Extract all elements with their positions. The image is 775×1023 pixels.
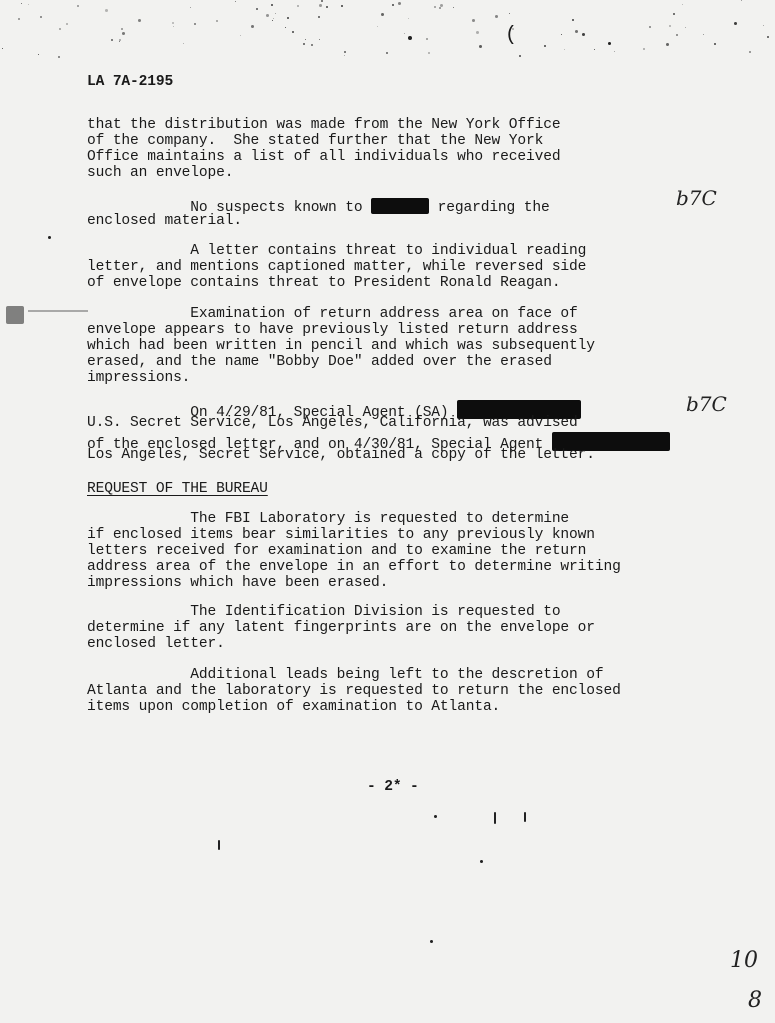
scan-speck [297,5,299,7]
scan-speck [121,28,123,30]
scan-speck [714,43,716,45]
paragraph-4-line-5: impressions. [87,371,190,387]
paragraph-4-line-3: which had been written in pencil and whi… [87,339,595,355]
scan-speck [561,34,562,35]
request-1-line-2: if enclosed items bear similarities to a… [87,528,595,544]
scan-speck [453,7,454,8]
paragraph-5-line-2: U.S. Secret Service, Los Angeles, Califo… [87,416,578,432]
request-1-line-4: address area of the envelope in an effor… [87,560,621,576]
margin-annotation-2: b7C [686,392,727,416]
scan-speck [319,39,320,40]
scan-speck [649,26,651,28]
paragraph-4-line-2: envelope appears to have previously list… [87,323,578,339]
request-1-line-5: impressions which have been erased. [87,576,388,592]
scan-speck [58,56,60,58]
scan-speck [398,2,401,5]
corner-annotation: 10 [730,948,758,973]
scan-mark: ( [505,28,517,44]
scan-speck [582,33,585,36]
scan-speck [48,236,51,239]
scan-speck [173,26,174,27]
scan-speck [404,33,405,34]
scan-speck [183,43,184,44]
scan-speck [119,39,121,41]
scan-speck [476,31,479,34]
scan-speck [524,812,526,822]
scan-speck [519,55,521,57]
scan-speck [564,49,565,50]
scan-speck [572,19,574,21]
scan-speck [40,16,42,18]
scan-speck [509,13,510,14]
scan-speck [311,44,313,46]
scan-speck [741,0,742,1]
scan-speck [377,26,378,27]
paragraph-2-line-1-end: regarding the [429,200,550,216]
scan-speck [608,42,611,45]
margin-annotation-1: b7C [676,186,717,210]
scan-speck [479,45,482,48]
scan-speck [66,23,68,25]
scan-speck [122,32,125,35]
scan-speck [59,28,61,30]
scan-speck [494,812,496,824]
scan-speck [218,840,220,850]
redaction-block [371,198,429,214]
file-number: LA 7A-2195 [87,75,173,91]
scan-speck [472,19,475,22]
scan-speck [38,54,39,55]
scan-speck [240,35,241,36]
scan-speck [287,17,289,19]
scan-speck [430,940,433,943]
request-2-line-1: The Identification Division is requested… [87,605,560,621]
scan-speck [251,25,254,28]
paragraph-3-line-1: A letter contains threat to individual r… [87,244,586,260]
scan-speck [392,4,394,6]
scan-speck [321,0,323,2]
request-3-line-1: Additional leads being left to the descr… [87,668,603,684]
request-1-line-3: letters received for examination and to … [87,544,586,560]
scan-speck [275,13,276,14]
scan-speck [256,8,258,10]
scan-speck [386,52,388,54]
scan-speck [767,36,769,38]
scan-speck [190,7,191,8]
scan-speck [434,815,437,818]
scan-speck [326,6,328,8]
scan-speck [381,13,384,16]
scan-speck [18,18,20,20]
scan-speck [194,23,196,25]
document-page: LA 7A-2195 that the distribution was mad… [0,0,775,1023]
section-heading: REQUEST OF THE BUREAU [87,482,268,498]
request-3-line-2: Atlanta and the laboratory is requested … [87,684,621,700]
scan-speck [344,55,345,56]
scan-speck [614,51,615,52]
scan-speck [271,4,273,6]
scan-speck [666,43,669,46]
scan-speck [172,22,174,24]
scan-speck [408,36,412,40]
scan-speck [544,45,546,47]
scan-smudge [6,306,24,324]
scan-speck [77,5,79,7]
scan-speck [341,5,343,7]
scan-speck [319,4,322,7]
scan-speck [426,38,428,40]
scan-speck [285,27,286,28]
scan-speck [685,27,686,28]
scan-speck [495,15,498,18]
paragraph-4-line-1: Examination of return address area on fa… [87,307,578,323]
paragraph-3-line-3: of envelope contains threat to President… [87,276,560,292]
request-3-line-3: items upon completion of examination to … [87,700,500,716]
scan-speck [749,51,751,53]
scan-speck [734,22,737,25]
scan-speck [111,39,113,41]
scan-speck [28,4,29,5]
page-number: - 2* - [367,780,419,796]
request-2-line-3: enclosed letter. [87,637,225,653]
scan-speck [669,25,671,27]
request-2-line-2: determine if any latent fingerprints are… [87,621,595,637]
scan-speck [305,39,306,40]
scan-speck [235,1,236,2]
scan-speck [676,34,678,36]
paragraph-1-line-1: that the distribution was made from the … [87,118,560,134]
scan-speck [303,43,305,45]
scan-speck [673,13,675,15]
scan-speck [105,9,108,12]
scan-speck [2,48,3,49]
scan-noise [0,0,775,60]
scan-speck [266,14,269,17]
scan-speck [439,7,441,9]
scan-speck [216,20,218,22]
scan-speck [682,4,683,5]
scan-speck [594,49,595,50]
scan-speck [119,41,120,42]
paragraph-2-line-2: enclosed material. [87,214,242,230]
paragraph-3-line-2: letter, and mentions captioned matter, w… [87,260,586,276]
scan-speck [703,34,704,35]
paragraph-4-line-4: erased, and the name "Bobby Doe" added o… [87,355,552,371]
scan-speck [408,18,409,19]
paragraph-5-line-4: Los Angeles, Secret Service, obtained a … [87,448,595,464]
scan-speck [273,18,274,19]
scan-speck [344,51,346,53]
corner-annotation-2: 8 [748,988,762,1013]
paragraph-1-line-4: such an envelope. [87,166,233,182]
scan-speck [138,19,141,22]
scan-speck [272,20,273,21]
scan-speck [21,3,22,4]
scan-speck [434,6,436,8]
paragraph-1-line-2: of the company. She stated further that … [87,134,543,150]
scan-speck [643,48,645,50]
request-1-line-1: The FBI Laboratory is requested to deter… [87,512,569,528]
scan-speck [763,25,764,26]
scan-speck [428,52,430,54]
scan-speck [480,860,483,863]
scan-smudge [28,310,88,312]
paragraph-1-line-3: Office maintains a list of all individua… [87,150,560,166]
scan-speck [292,31,294,33]
scan-speck [575,30,578,33]
scan-speck [318,16,320,18]
